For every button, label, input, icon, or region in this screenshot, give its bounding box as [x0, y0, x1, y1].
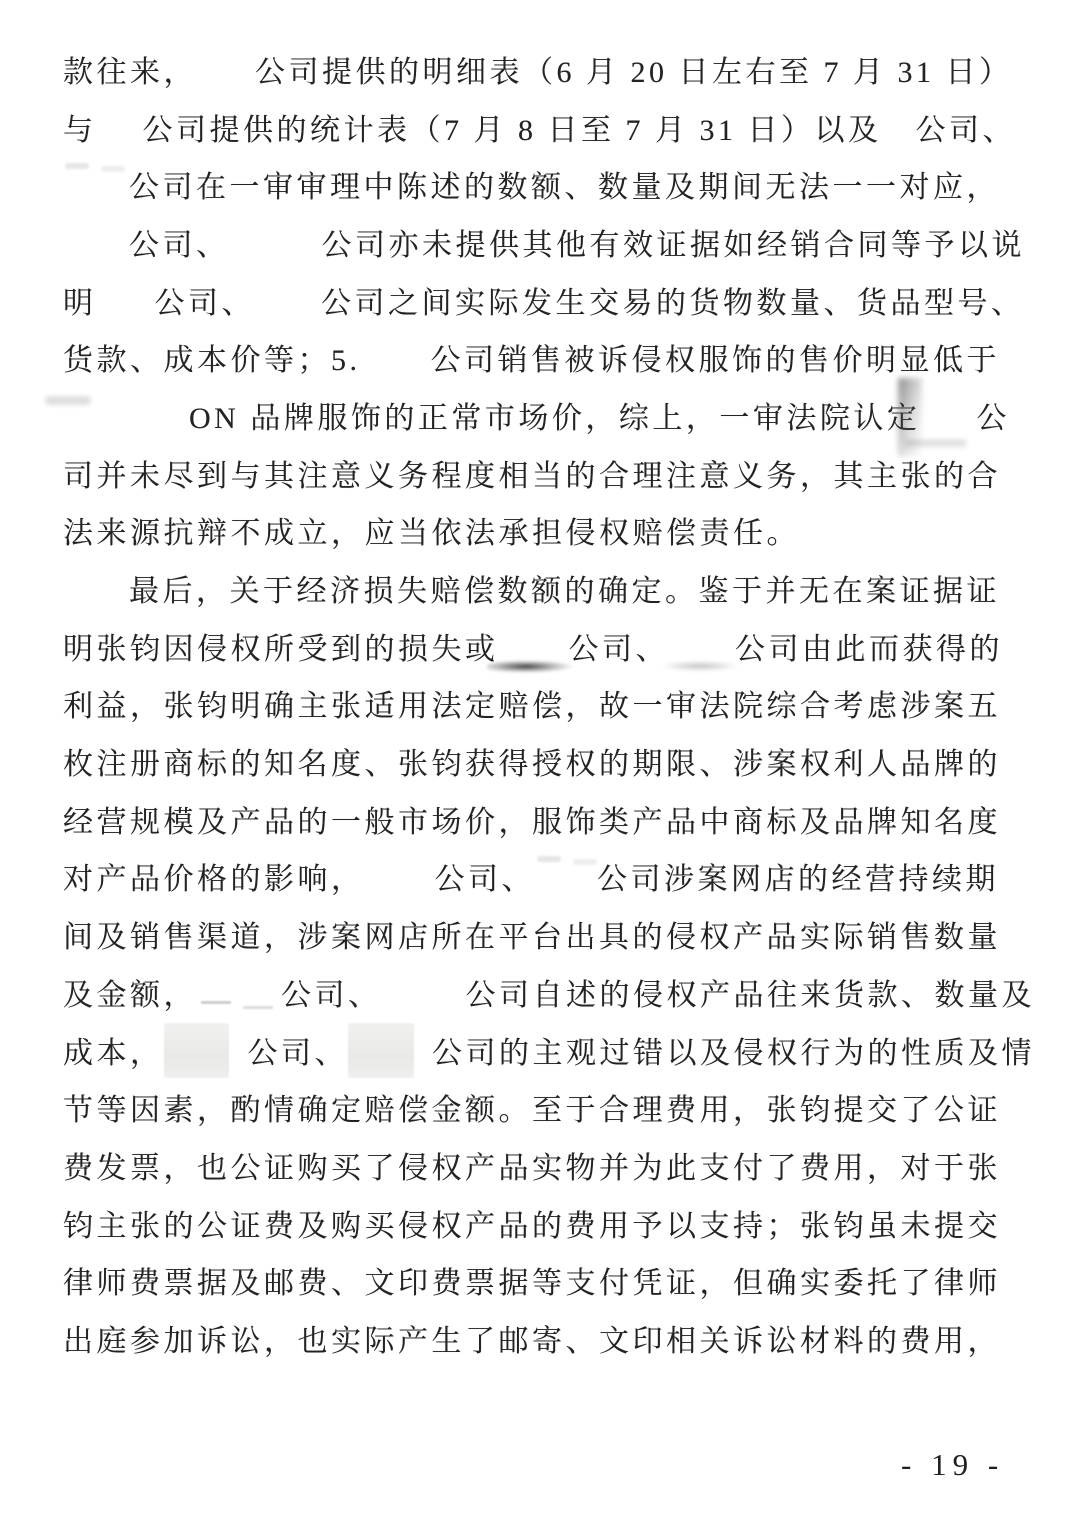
text-line: 司并未尽到与其注意义务程度相当的合理注意义务，其主张的合 [63, 444, 1015, 502]
redaction-gap [365, 848, 435, 906]
text-run: 经营规模及产品的一般市场价，服饰类产品中商标及品牌知名度 [63, 797, 1001, 841]
redaction-gap [197, 40, 255, 98]
redaction-gap [97, 271, 155, 329]
text-line: 枚注册商标的知名度、张钧获得授权的期限、涉案权利人品牌的 [63, 732, 1015, 790]
page-number: - 19 - [901, 1447, 1004, 1483]
text-run: 公司提供的明细表（6 月 20 日左右至 7 月 31 日） [255, 47, 1013, 91]
text-run: 公司之间实际发生交易的货物数量、货品型号、 [321, 278, 1025, 322]
text-run: 公司、 [155, 278, 256, 322]
text-run: 公 [976, 393, 1010, 437]
text-run: 成本， [63, 1028, 164, 1072]
text-run: 公司、 [129, 220, 230, 264]
redaction-gap [197, 963, 281, 1021]
text-run: ON 品牌服饰的正常市场价，综上，一审法院认定 [189, 393, 920, 437]
text-run: 利益，张钧明确主张适用法定赔偿，故一审法院综合考虑涉案五 [63, 681, 1001, 725]
redaction-gap [535, 848, 597, 906]
text-line: 及金额，公司、公司自述的侵权产品往来货款、数量及 [63, 963, 1015, 1021]
redaction-gap [882, 98, 916, 156]
text-run: 公司销售被诉侵权服饰的售价明显低于 [431, 335, 1001, 379]
text-run: 公司亦未提供其他有效证据如经销合同等予以说 [322, 220, 1026, 264]
text-run: 法来源抗辩不成立，应当依法承担侵权赔偿责任。 [63, 508, 800, 552]
text-run: 间及销售渠道，涉案网店所在平台出具的侵权产品实际销售数量 [63, 912, 1001, 956]
redaction-gap [361, 328, 431, 386]
redaction-gap [348, 1021, 432, 1079]
text-run: 公司、 [569, 624, 670, 668]
redaction-gap [499, 617, 569, 675]
text-line: 明公司、公司之间实际发生交易的货物数量、货品型号、 [63, 271, 1015, 329]
redaction-gap [255, 271, 321, 329]
text-run: 及金额， [63, 970, 197, 1014]
text-run: 枚注册商标的知名度、张钧获得授权的期限、涉案权利人品牌的 [63, 739, 1001, 783]
redaction-gap [63, 155, 129, 213]
text-line: 利益，张钧明确主张适用法定赔偿，故一审法院综合考虑涉案五 [63, 675, 1015, 733]
text-line: 经营规模及产品的一般市场价，服饰类产品中商标及品牌知名度 [63, 790, 1015, 848]
text-run: 公司提供的统计表（7 月 8 日至 7 月 31 日）以及 [143, 105, 882, 149]
text-run: 司并未尽到与其注意义务程度相当的合理注意义务，其主张的合 [63, 451, 1001, 495]
redaction-gap [230, 213, 322, 271]
text-run: 公司自述的侵权产品往来货款、数量及 [466, 970, 1036, 1014]
text-run: 最后，关于经济损失赔偿数额的确定。鉴于并无在案证据证 [129, 566, 1000, 610]
redaction-gap [164, 1021, 248, 1079]
text-run: 款往来， [63, 47, 197, 91]
text-line: 最后，关于经济损失赔偿数额的确定。鉴于并无在案证据证 [63, 559, 1015, 617]
redaction-gap [382, 963, 466, 1021]
text-line: 对产品价格的影响，公司、公司涉案网店的经营持续期 [63, 848, 1015, 906]
judgment-text-block: 款往来，公司提供的明细表（6 月 20 日左右至 7 月 31 日）与公司提供的… [63, 40, 1015, 1367]
text-line: 法来源抗辩不成立，应当依法承担侵权赔偿责任。 [63, 502, 1015, 560]
text-run: 明 [63, 278, 97, 322]
text-run: 公司的主观过错以及侵权行为的性质及情 [432, 1028, 1035, 1072]
redaction-gap [97, 98, 143, 156]
text-run: 公司、 [916, 105, 1017, 149]
text-run: 公司、 [281, 970, 382, 1014]
text-run: 出庭参加诉讼，也实际产生了邮寄、文印相关诉讼材料的费用， [63, 1316, 1001, 1360]
text-line: 公司在一审审理中陈述的数额、数量及期间无法一一对应， [63, 155, 1015, 213]
text-line: 与公司提供的统计表（7 月 8 日至 7 月 31 日）以及公司、 [63, 98, 1015, 156]
text-run: 律师费票据及邮费、文印费票据等支付凭证，但确实委托了律师 [63, 1258, 1001, 1302]
text-line: ON 品牌服饰的正常市场价，综上，一审法院认定公 [63, 386, 1015, 444]
text-line: 出庭参加诉讼，也实际产生了邮寄、文印相关诉讼材料的费用， [63, 1309, 1015, 1367]
text-line: 款往来，公司提供的明细表（6 月 20 日左右至 7 月 31 日） [63, 40, 1015, 98]
redaction-gap [63, 386, 189, 444]
text-run: 钧主张的公证费及购买侵权产品的费用予以支持；张钧虽未提交 [63, 1201, 1001, 1245]
text-run: 公司由此而获得的 [735, 624, 1003, 668]
scanned-page: 款往来，公司提供的明细表（6 月 20 日左右至 7 月 31 日）与公司提供的… [0, 0, 1071, 1518]
text-line: 节等因素，酌情确定赔偿金额。至于合理费用，张钧提交了公证 [63, 1078, 1015, 1136]
text-run: 公司、 [435, 854, 536, 898]
text-run: 货款、成本价等；5. [63, 335, 361, 379]
text-run: 费发票，也公证购买了侵权产品实物并为此支付了费用，对于张 [63, 1143, 1001, 1187]
text-run: 对产品价格的影响， [63, 854, 365, 898]
redaction-gap [63, 559, 129, 617]
text-line: 间及销售渠道，涉案网店所在平台出具的侵权产品实际销售数量 [63, 905, 1015, 963]
text-run: 节等因素，酌情确定赔偿金额。至于合理费用，张钧提交了公证 [63, 1085, 1001, 1129]
text-run: 公司在一审审理中陈述的数额、数量及期间无法一一对应， [129, 162, 1000, 206]
text-line: 公司、公司亦未提供其他有效证据如经销合同等予以说 [63, 213, 1015, 271]
text-line: 费发票，也公证购买了侵权产品实物并为此支付了费用，对于张 [63, 1136, 1015, 1194]
text-run: 明张钧因侵权所受到的损失或 [63, 624, 499, 668]
redaction-gap [669, 617, 735, 675]
text-line: 明张钧因侵权所受到的损失或公司、公司由此而获得的 [63, 617, 1015, 675]
text-run: 与 [63, 105, 97, 149]
text-run: 公司、 [248, 1028, 349, 1072]
text-run: 公司涉案网店的经营持续期 [597, 854, 999, 898]
redaction-gap [63, 213, 129, 271]
text-line: 律师费票据及邮费、文印费票据等支付凭证，但确实委托了律师 [63, 1251, 1015, 1309]
redaction-gap [920, 386, 976, 444]
text-line: 货款、成本价等；5.公司销售被诉侵权服饰的售价明显低于 [63, 328, 1015, 386]
text-line: 成本，公司、公司的主观过错以及侵权行为的性质及情 [63, 1021, 1015, 1079]
text-line: 钧主张的公证费及购买侵权产品的费用予以支持；张钧虽未提交 [63, 1194, 1015, 1252]
